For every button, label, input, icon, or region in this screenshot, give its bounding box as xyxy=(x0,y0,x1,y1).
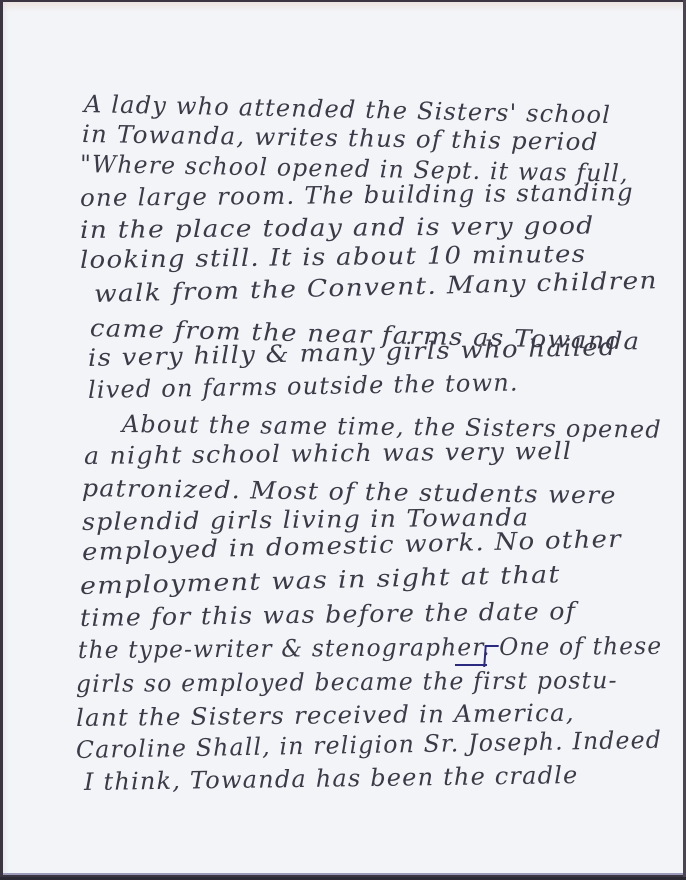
handwritten-text-block: A lady who attended the Sisters' school … xyxy=(0,0,686,880)
manuscript-line: in Towanda, writes thus of this period xyxy=(82,122,599,154)
manuscript-line: time for this was before the date of xyxy=(80,599,577,630)
manuscript-line: the type-writer & stenographer. One of t… xyxy=(78,634,662,662)
manuscript-line: patronized. Most of the students were xyxy=(82,476,617,507)
manuscript-line: Caroline Shall, in religion Sr. Joseph. … xyxy=(76,728,662,762)
manuscript-line: walk from the Convent. Many children xyxy=(94,268,658,306)
manuscript-line: girls so employed became the first postu… xyxy=(76,668,618,696)
manuscript-line: a night school which was very well xyxy=(84,439,572,468)
manuscript-line: I think, Towanda has been the cradle xyxy=(84,763,579,794)
manuscript-line: About the same time, the Sisters opened xyxy=(122,412,662,442)
insertion-bracket-underline xyxy=(455,664,487,666)
manuscript-line: one large room. The building is standing xyxy=(80,180,634,210)
manuscript-line: lived on farms outside the town. xyxy=(88,370,519,402)
manuscript-line: employment was in sight at that xyxy=(80,562,561,598)
manuscript-line: lant the Sisters received in America, xyxy=(76,701,575,730)
scanned-page-background: A lady who attended the Sisters' school … xyxy=(0,0,686,880)
manuscript-line: looking still. It is about 10 minutes xyxy=(80,242,587,272)
manuscript-line: in the place today and is very good xyxy=(80,214,595,242)
